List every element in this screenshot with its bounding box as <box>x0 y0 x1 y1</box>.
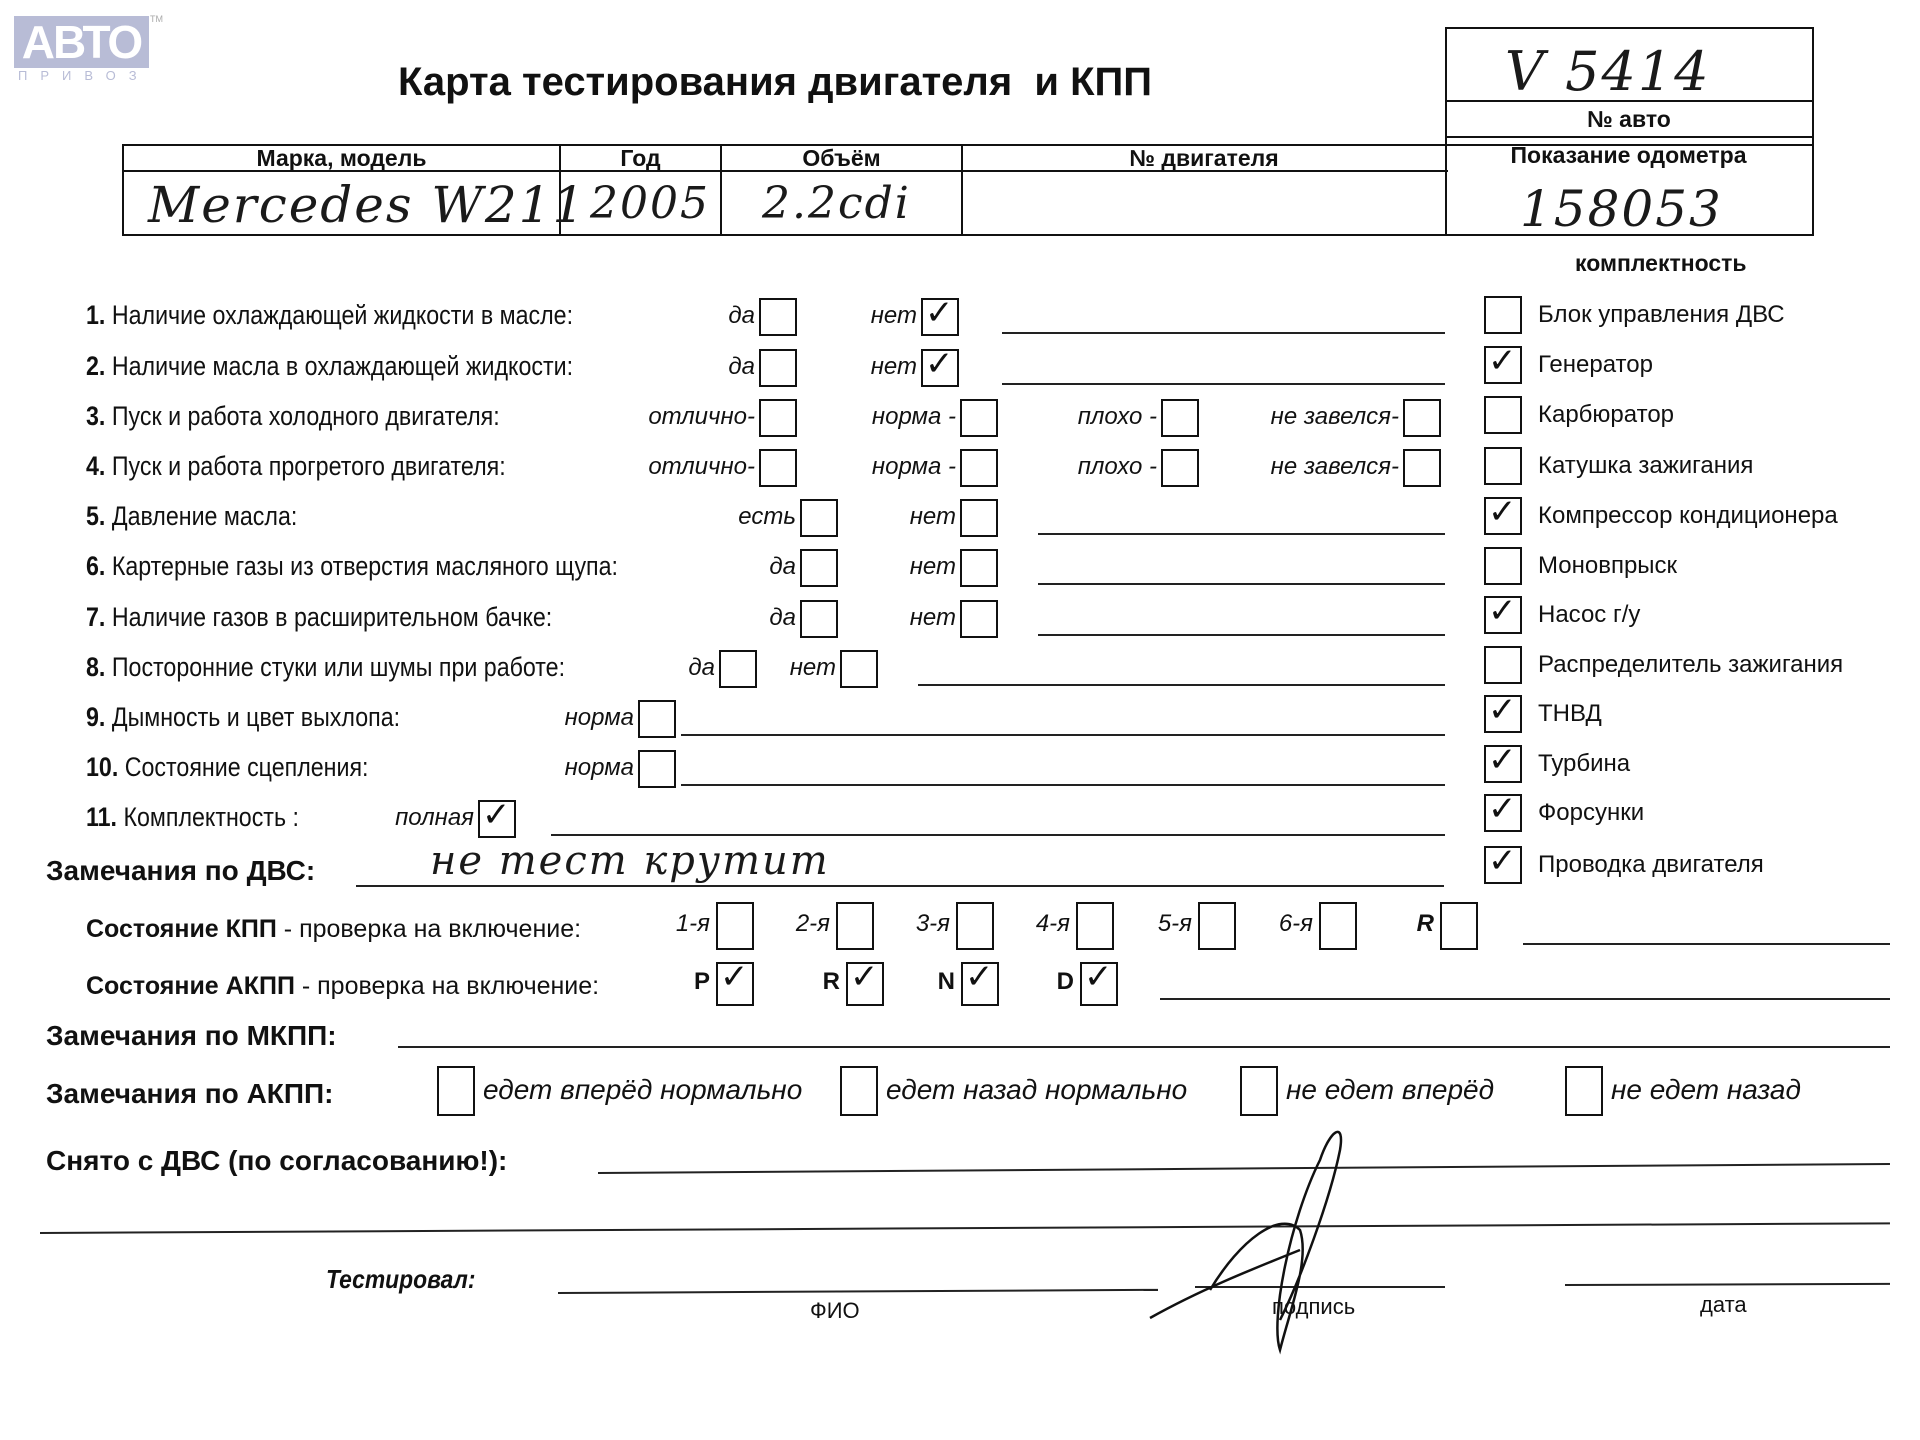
option-label: отлично- <box>648 453 755 481</box>
question-4: 4. Пуск и работа прогретого двигателя: <box>86 451 506 482</box>
page-title: Карта тестирования двигателя и КПП <box>398 60 1152 105</box>
manual-gearbox-label: Состояние КПП - проверка на включение: <box>86 915 581 944</box>
tested-by-label: Тестировал: <box>326 1264 475 1295</box>
checkmark-icon: ✓ <box>482 798 511 832</box>
auto-gear-P-checkbox[interactable]: ✓ <box>716 962 754 1006</box>
kit-item-label: Распределитель зажигания <box>1538 651 1843 679</box>
checkmark-icon: ✓ <box>925 347 954 381</box>
kit-item-1-checkbox[interactable] <box>1484 296 1522 334</box>
manual-gear-5-я-checkbox[interactable] <box>1198 902 1236 950</box>
question-10: 10. Состояние сцепления: <box>86 752 368 783</box>
auto-gear-R-checkbox[interactable]: ✓ <box>846 962 884 1006</box>
option-label: полная <box>395 804 474 832</box>
question-10-note-input[interactable] <box>681 784 1445 786</box>
car-number-value[interactable]: V 5414 <box>1505 40 1711 103</box>
option-label: есть <box>738 503 796 531</box>
checkmark-icon: ✓ <box>1488 495 1517 529</box>
kit-item-label: Турбина <box>1538 750 1630 778</box>
question-1-note-input[interactable] <box>1002 332 1445 334</box>
gear-label: R <box>1417 910 1434 938</box>
car-number-label: № авто <box>1445 106 1813 133</box>
question-1: 1. Наличие охлаждающей жидкости в масле: <box>86 300 573 331</box>
auto-remark-label: едет назад нормально <box>886 1074 1187 1106</box>
manual-gear-6-я-checkbox[interactable] <box>1319 902 1357 950</box>
question-8-option-2-checkbox[interactable] <box>840 650 878 688</box>
auto-gear-N-checkbox[interactable]: ✓ <box>961 962 999 1006</box>
question-3: 3. Пуск и работа холодного двигателя: <box>86 401 500 432</box>
question-4-option-2-checkbox[interactable] <box>960 449 998 487</box>
option-label: нет <box>871 302 917 330</box>
question-11-option-1-checkbox[interactable]: ✓ <box>478 800 516 838</box>
kit-item-12-checkbox[interactable]: ✓ <box>1484 846 1522 884</box>
manual-remarks-label: Замечания по МКПП: <box>46 1020 337 1052</box>
option-label: плохо - <box>1078 453 1157 481</box>
kit-item-10-checkbox[interactable]: ✓ <box>1484 745 1522 783</box>
question-3-option-2-checkbox[interactable] <box>960 399 998 437</box>
question-5-option-2-checkbox[interactable] <box>960 499 998 537</box>
option-label: да <box>688 654 715 682</box>
kit-item-label: Генератор <box>1538 351 1653 379</box>
option-label: нет <box>910 503 956 531</box>
kit-item-4-checkbox[interactable] <box>1484 447 1522 485</box>
option-label: нет <box>790 654 836 682</box>
kit-item-9-checkbox[interactable]: ✓ <box>1484 695 1522 733</box>
column-header-volume: Объём <box>722 145 961 172</box>
option-label: отлично- <box>648 403 755 431</box>
question-4-option-1-checkbox[interactable] <box>759 449 797 487</box>
tester-name-input[interactable] <box>558 1289 1158 1294</box>
question-4-option-4-checkbox[interactable] <box>1403 449 1441 487</box>
question-8: 8. Посторонние стуки или шумы при работе… <box>86 652 565 683</box>
question-3-option-1-checkbox[interactable] <box>759 399 797 437</box>
question-9-option-1-checkbox[interactable] <box>638 700 676 738</box>
kit-item-2-checkbox[interactable]: ✓ <box>1484 346 1522 384</box>
manual-gear-3-я-checkbox[interactable] <box>956 902 994 950</box>
question-2-note-input[interactable] <box>1002 383 1445 385</box>
auto-remark-label: не едет вперёд <box>1286 1074 1494 1106</box>
signature-caption: подпись <box>1272 1294 1355 1320</box>
gear-label: 4-я <box>1036 910 1070 938</box>
auto-remark-label: не едет назад <box>1611 1074 1801 1106</box>
kit-item-6-checkbox[interactable] <box>1484 547 1522 585</box>
make-model-value[interactable]: Mercedes W211 <box>148 176 586 234</box>
column-header-year: Год <box>561 145 720 172</box>
question-6: 6. Картерные газы из отверстия масляного… <box>86 551 618 582</box>
manual-remarks-input[interactable] <box>398 1046 1890 1048</box>
question-4-option-3-checkbox[interactable] <box>1161 449 1199 487</box>
gear-label: 5-я <box>1158 910 1192 938</box>
name-caption: ФИО <box>810 1298 860 1324</box>
question-8-note-input[interactable] <box>918 684 1445 686</box>
year-value[interactable]: 2005 <box>590 178 710 229</box>
date-caption: дата <box>1700 1292 1747 1318</box>
manual-gear-2-я-checkbox[interactable] <box>836 902 874 950</box>
auto-gear-D-checkbox[interactable]: ✓ <box>1080 962 1118 1006</box>
volume-value[interactable]: 2.2cdi <box>762 178 911 229</box>
question-6-option-2-checkbox[interactable] <box>960 549 998 587</box>
kit-item-11-checkbox[interactable]: ✓ <box>1484 794 1522 832</box>
kit-item-label: Насос г/у <box>1538 601 1640 629</box>
logo-subtitle: ПРИВОЗ <box>18 68 150 83</box>
engine-remarks-input[interactable]: не тест крутит <box>430 838 830 884</box>
question-1-option-2-checkbox[interactable]: ✓ <box>921 298 959 336</box>
question-7: 7. Наличие газов в расширительном бачке: <box>86 602 552 633</box>
auto-remark-3-checkbox[interactable] <box>1240 1066 1278 1116</box>
date-input[interactable] <box>1565 1283 1890 1286</box>
checkmark-icon: ✓ <box>850 960 879 994</box>
question-6-note-input[interactable] <box>1038 583 1445 585</box>
question-3-option-3-checkbox[interactable] <box>1161 399 1199 437</box>
checkmark-icon: ✓ <box>1488 594 1517 628</box>
signature-scribble-icon <box>1140 1120 1420 1370</box>
signature-input[interactable] <box>1195 1286 1445 1288</box>
question-2-option-2-checkbox[interactable]: ✓ <box>921 349 959 387</box>
kit-item-label: Форсунки <box>1538 799 1644 827</box>
option-label: норма - <box>872 403 956 431</box>
logo-trademark: TM <box>150 14 163 24</box>
question-5-option-1-checkbox[interactable] <box>800 499 838 537</box>
engine-remarks-label: Замечания по ДВС: <box>46 855 315 887</box>
manual-gear-R-checkbox[interactable] <box>1440 902 1478 950</box>
kit-item-label: Компрессор кондиционера <box>1538 502 1838 530</box>
option-label: да <box>728 302 755 330</box>
option-label: да <box>728 353 755 381</box>
column-header-engine-number: № двигателя <box>963 145 1445 172</box>
question-10-option-1-checkbox[interactable] <box>638 750 676 788</box>
question-7-option-1-checkbox[interactable] <box>800 600 838 638</box>
manual-gear-1-я-checkbox[interactable] <box>716 902 754 950</box>
option-label: норма - <box>872 453 956 481</box>
question-11-note-input[interactable] <box>551 834 1445 836</box>
kit-item-3-checkbox[interactable] <box>1484 396 1522 434</box>
gear-label: P <box>694 968 710 996</box>
option-label: да <box>769 604 796 632</box>
option-label: не завелся- <box>1271 453 1399 481</box>
auto-remark-1-checkbox[interactable] <box>437 1066 475 1116</box>
kit-title: комплектность <box>1575 250 1747 277</box>
option-label: да <box>769 553 796 581</box>
auto-remark-2-checkbox[interactable] <box>840 1066 878 1116</box>
question-5-note-input[interactable] <box>1038 533 1445 535</box>
manual-gear-4-я-checkbox[interactable] <box>1076 902 1114 950</box>
gear-label: 1-я <box>676 910 710 938</box>
gear-label: 3-я <box>916 910 950 938</box>
checkmark-icon: ✓ <box>1488 693 1517 727</box>
auto-gearbox-label: Состояние АКПП - проверка на включение: <box>86 972 599 1001</box>
auto-remark-4-checkbox[interactable] <box>1565 1066 1603 1116</box>
checkmark-icon: ✓ <box>1084 960 1113 994</box>
checkmark-icon: ✓ <box>925 296 954 330</box>
option-label: плохо - <box>1078 403 1157 431</box>
gear-label: 6-я <box>1279 910 1313 938</box>
gear-label: 2-я <box>796 910 830 938</box>
company-logo: АВТО <box>14 16 149 68</box>
kit-item-7-checkbox[interactable]: ✓ <box>1484 596 1522 634</box>
auto-remarks-label: Замечания по АКПП: <box>46 1078 333 1110</box>
option-label: нет <box>910 604 956 632</box>
question-1-option-1-checkbox[interactable] <box>759 298 797 336</box>
checkmark-icon: ✓ <box>1488 743 1517 777</box>
kit-item-5-checkbox[interactable]: ✓ <box>1484 497 1522 535</box>
question-5: 5. Давление масла: <box>86 501 297 532</box>
checkmark-icon: ✓ <box>1488 844 1517 878</box>
checkmark-icon: ✓ <box>720 960 749 994</box>
kit-item-8-checkbox[interactable] <box>1484 646 1522 684</box>
question-2: 2. Наличие масла в охлаждающей жидкости: <box>86 351 573 382</box>
column-header-make-model: Марка, модель <box>124 145 559 172</box>
kit-item-label: Моновпрыск <box>1538 552 1677 580</box>
question-11: 11. Комплектность : <box>86 802 299 833</box>
question-8-option-1-checkbox[interactable] <box>719 650 757 688</box>
auto-remark-label: едет вперёд нормально <box>483 1074 802 1106</box>
checkmark-icon: ✓ <box>1488 792 1517 826</box>
kit-item-label: Проводка двигателя <box>1538 851 1764 879</box>
question-7-option-2-checkbox[interactable] <box>960 600 998 638</box>
option-label: нет <box>871 353 917 381</box>
kit-item-label: Блок управления ДВС <box>1538 301 1785 329</box>
kit-item-label: Карбюратор <box>1538 401 1674 429</box>
odometer-value[interactable]: 158053 <box>1520 180 1723 238</box>
removed-input[interactable] <box>598 1163 1890 1174</box>
question-9-note-input[interactable] <box>681 734 1445 736</box>
checkmark-icon: ✓ <box>965 960 994 994</box>
kit-item-label: Катушка зажигания <box>1538 452 1753 480</box>
gear-label: N <box>938 968 955 996</box>
question-7-note-input[interactable] <box>1038 634 1445 636</box>
question-2-option-1-checkbox[interactable] <box>759 349 797 387</box>
gear-label: R <box>823 968 840 996</box>
question-3-option-4-checkbox[interactable] <box>1403 399 1441 437</box>
option-label: не завелся- <box>1271 403 1399 431</box>
question-6-option-1-checkbox[interactable] <box>800 549 838 587</box>
option-label: нет <box>910 553 956 581</box>
kit-item-label: ТНВД <box>1538 700 1602 728</box>
column-header-odometer: Показание одометра <box>1447 142 1810 169</box>
gear-label: D <box>1057 968 1074 996</box>
removed-label: Снято с ДВС (по согласованию!): <box>46 1145 507 1177</box>
question-9: 9. Дымность и цвет выхлопа: <box>86 702 400 733</box>
checkmark-icon: ✓ <box>1488 344 1517 378</box>
option-label: норма <box>565 754 634 782</box>
option-label: норма <box>565 704 634 732</box>
